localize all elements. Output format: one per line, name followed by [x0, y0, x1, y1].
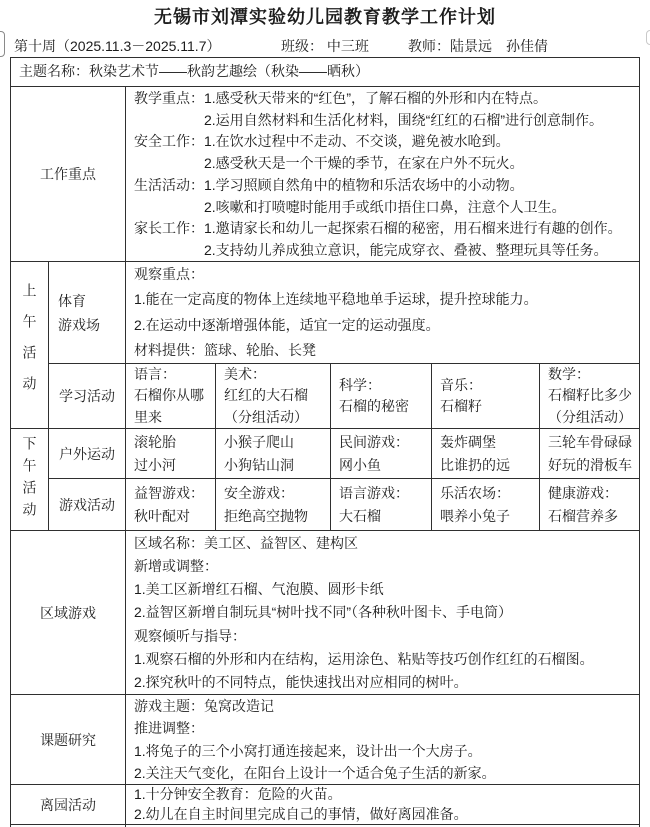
item-head: 家长工作： — [134, 220, 204, 236]
item-line-2: 2.运用自然材料和生活化材料，围绕“红红的石榴”进行创意制作。 — [134, 110, 635, 132]
game-cell-4: 乐活农场： 喂养小兔子 — [432, 479, 540, 530]
game-activity-row: 游戏活动 益智游戏： 秋叶配对 安全游戏： 拒绝高空抛物 语言游戏： 大石榴 乐… — [49, 479, 639, 530]
learning-cell-science: 科学： 石榴的秘密 — [331, 364, 432, 428]
sport-playground-label: 体育 游戏场 — [49, 262, 126, 363]
learning-activity-row: 学习活动 语言： 石榴你从哪里来 美术： 红红的大石榴 （分组活动） 科学： 石… — [49, 364, 639, 428]
plan-table: 主题名称：秋染艺术节——秋韵艺趣绘（秋染——晒秋） 工作重点 教学重点：1.感受… — [10, 57, 640, 827]
outdoor-cell-2: 小猴子爬山 小狗钻山洞 — [216, 429, 331, 478]
outdoor-cell-1: 滚轮胎 过小河 — [126, 429, 216, 478]
work-focus-item: 生活活动：1.学习照顾自然角中的植物和乐活农场中的小动物。 2.咳嗽和打喷嚏时能… — [134, 175, 635, 218]
work-focus-row: 工作重点 教学重点：1.感受秋天带来的“红色”，了解石榴的外形和内在特点。 2.… — [11, 87, 639, 262]
item-line-1: 1.感受秋天带来的“红色”，了解石榴的外形和内在特点。 — [204, 90, 547, 106]
leaving-activity-content: 1.十分钟安全教育：危险的火苗。 2.幼儿在自主时间里完成自己的事情，做好离园准… — [126, 785, 639, 824]
outdoor-cell-4: 轰炸碉堡 比谁扔的远 — [432, 429, 540, 478]
meta-row: 第十周（2025.11.3－2025.11.7） 班级： 中三班 教师：陆景远 … — [0, 36, 650, 56]
sport-playground-content: 观察重点： 1.能在一定高度的物体上连续地平稳地单手运球，提升控球能力。 2.在… — [126, 262, 639, 363]
item-line-1: 1.邀请家长和幼儿一起探索石榴的秘密，用石榴来进行有趣的创作。 — [204, 220, 622, 236]
item-head: 生活活动： — [134, 177, 204, 193]
teacher-names: 教师：陆景远 孙佳倩 — [408, 36, 548, 56]
work-plan-sheet: 无锡市刘潭实验幼儿园教育教学工作计划 第十周（2025.11.3－2025.11… — [0, 0, 650, 827]
week-range: 第十周（2025.11.3－2025.11.7） — [14, 36, 221, 56]
region-games-content: 区域名称：美工区、益智区、建构区 新增或调整： 1.美工区新增红石榴、气泡膜、圆… — [126, 531, 639, 694]
topic-research-content: 游戏主题：兔窝改造记 推进调整： 1.将兔子的三个小窝打通连接起来，设计出一个大… — [126, 695, 639, 784]
class-name: 班级： 中三班 — [281, 36, 369, 56]
outdoor-cell-3: 民间游戏： 网小鱼 — [331, 429, 432, 478]
work-focus-content: 教学重点：1.感受秋天带来的“红色”，了解石榴的外形和内在特点。 2.运用自然材… — [126, 87, 639, 261]
item-line-1: 1.在饮水过程中不走动、不交谈，避免被水呛到。 — [204, 133, 510, 149]
item-head: 安全工作： — [134, 133, 204, 149]
topic-research-row: 课题研究 游戏主题：兔窝改造记 推进调整： 1.将兔子的三个小窝打通连接起来，设… — [11, 695, 639, 785]
afternoon-section: 下午活动 户外运动 滚轮胎 过小河 小猴子爬山 小狗钻山洞 民间游戏： 网小鱼 … — [11, 429, 639, 531]
theme-row: 主题名称：秋染艺术节——秋韵艺趣绘（秋染——晒秋） — [11, 58, 639, 87]
outdoor-sport-label: 户外运动 — [49, 429, 126, 478]
item-line-1: 1.学习照顾自然角中的植物和乐活农场中的小动物。 — [204, 177, 524, 193]
page-title: 无锡市刘潭实验幼儿园教育教学工作计划 — [0, 3, 650, 29]
learning-activity-label: 学习活动 — [49, 364, 126, 428]
topic-research-label: 课题研究 — [11, 695, 126, 784]
region-games-row: 区域游戏 区域名称：美工区、益智区、建构区 新增或调整： 1.美工区新增红石榴、… — [11, 531, 639, 695]
work-focus-label: 工作重点 — [11, 87, 126, 261]
afternoon-label: 下午活动 — [11, 429, 49, 530]
outdoor-cell-5: 三轮车骨碌碌 好玩的滑板车 — [540, 429, 639, 478]
morning-section: 上午活动 体育 游戏场 观察重点： 1.能在一定高度的物体上连续地平稳地单手运球… — [11, 262, 639, 429]
item-head: 教学重点： — [134, 90, 204, 106]
game-cell-2: 安全游戏： 拒绝高空抛物 — [216, 479, 331, 530]
game-cell-1: 益智游戏： 秋叶配对 — [126, 479, 216, 530]
item-line-2: 2.支持幼儿养成独立意识，能完成穿衣、叠被、整理玩具等任务。 — [134, 240, 635, 261]
theme-text: 主题名称：秋染艺术节——秋韵艺趣绘（秋染——晒秋） — [11, 58, 639, 86]
work-focus-item: 家长工作：1.邀请家长和幼儿一起探索石榴的秘密，用石榴来进行有趣的创作。 2.支… — [134, 218, 635, 261]
item-line-2: 2.咳嗽和打喷嚏时能用手或纸巾捂住口鼻，注意个人卫生。 — [134, 197, 635, 219]
game-cell-5: 健康游戏： 石榴营养多 — [540, 479, 639, 530]
learning-cell-music: 音乐： 石榴籽 — [432, 364, 540, 428]
leaving-activity-label: 离园活动 — [11, 785, 126, 824]
outdoor-sport-row: 户外运动 滚轮胎 过小河 小猴子爬山 小狗钻山洞 民间游戏： 网小鱼 轰炸碉堡 … — [49, 429, 639, 479]
leaving-activity-row: 离园活动 1.十分钟安全教育：危险的火苗。 2.幼儿在自主时间里完成自己的事情，… — [11, 785, 639, 825]
item-line-2: 2.感受秋天是一个干燥的季节，在家在户外不玩火。 — [134, 153, 635, 175]
learning-cell-math: 数学： 石榴籽比多少 （分组活动） — [540, 364, 639, 428]
learning-cell-language: 语言： 石榴你从哪里来 — [126, 364, 216, 428]
work-focus-item: 安全工作：1.在饮水过程中不走动、不交谈，避免被水呛到。 2.感受秋天是一个干燥… — [134, 131, 635, 174]
region-games-label: 区域游戏 — [11, 531, 126, 694]
sport-playground-row: 体育 游戏场 观察重点： 1.能在一定高度的物体上连续地平稳地单手运球，提升控球… — [49, 262, 639, 364]
work-focus-item: 教学重点：1.感受秋天带来的“红色”，了解石榴的外形和内在特点。 2.运用自然材… — [134, 88, 635, 131]
morning-label: 上午活动 — [11, 262, 49, 428]
game-activity-label: 游戏活动 — [49, 479, 126, 530]
learning-cell-art: 美术： 红红的大石榴 （分组活动） — [216, 364, 331, 428]
game-cell-3: 语言游戏： 大石榴 — [331, 479, 432, 530]
